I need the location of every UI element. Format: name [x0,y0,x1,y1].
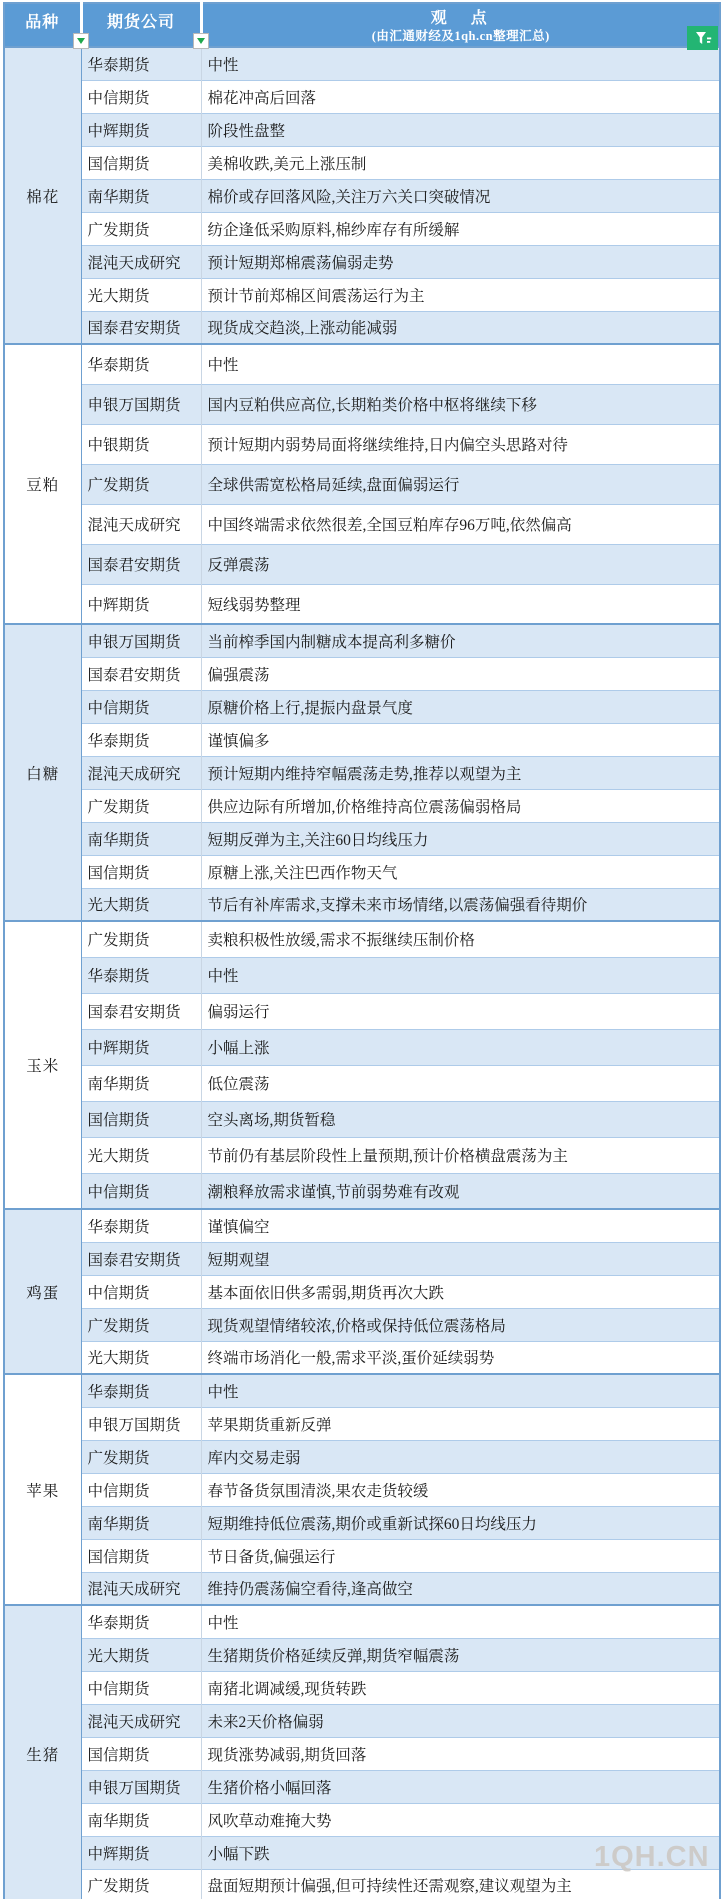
company-cell[interactable]: 华泰期货 [81,1209,201,1242]
viewpoint-cell[interactable]: 预计短期内维持窄幅震荡走势,推荐以观望为主 [201,756,720,789]
company-cell[interactable]: 中辉期货 [81,1836,201,1869]
table-row: 申银万国期货生猪价格小幅回落 [4,1770,720,1803]
table-body: 棉花华泰期货中性中信期货棉花冲高后回落中辉期货阶段性盘整国信期货美棉收跌,美元上… [4,47,720,1899]
table-row: 混沌天成研究预计短期郑棉震荡偏弱走势 [4,245,720,278]
table-row: 光大期货预计节前郑棉区间震荡运行为主 [4,278,720,311]
table-row: 中辉期货短线弱势整理 [4,584,720,624]
viewpoint-cell[interactable]: 节前仍有基层阶段性上量预期,预计价格横盘震荡为主 [201,1137,720,1173]
company-cell[interactable]: 广发期货 [81,789,201,822]
header-company-label: 期货公司 [107,9,175,42]
viewpoint-cell[interactable]: 节后有补库需求,支撑未来市场情绪,以震荡偏强看待期价 [201,888,720,921]
table-row: 国泰君安期货短期观望 [4,1242,720,1275]
company-cell[interactable]: 国信期货 [81,1539,201,1572]
viewpoint-cell[interactable]: 终端市场消化一般,需求平淡,蛋价延续弱势 [201,1341,720,1374]
table-row: 广发期货供应边际有所增加,价格维持高位震荡偏弱格局 [4,789,720,822]
viewpoint-cell[interactable]: 棉花冲高后回落 [201,80,720,113]
company-cell[interactable]: 广发期货 [81,1308,201,1341]
table-row: 国泰君安期货反弹震荡 [4,544,720,584]
header-variety-label: 品种 [25,9,59,42]
company-cell[interactable]: 华泰期货 [81,344,201,384]
viewpoint-cell[interactable]: 春节备货氛围清淡,果农走货较缓 [201,1473,720,1506]
filter-funnel-icon [694,31,712,46]
company-cell[interactable]: 国信期货 [81,1101,201,1137]
viewpoint-cell[interactable]: 纺企逢低采购原料,棉纱库存有所缓解 [201,212,720,245]
viewpoint-cell[interactable]: 阶段性盘整 [201,113,720,146]
variety-cell[interactable]: 生猪 [4,1605,81,1899]
company-cell[interactable]: 南华期货 [81,822,201,855]
viewpoint-cell[interactable]: 反弹震荡 [201,544,720,584]
table-row: 苹果华泰期货中性 [4,1374,720,1407]
company-cell[interactable]: 中信期货 [81,80,201,113]
viewpoint-cell[interactable]: 潮粮释放需求谨慎,节前弱势难有改观 [201,1173,720,1209]
variety-filter-button[interactable] [73,33,89,49]
table-row: 光大期货生猪期货价格延续反弹,期货窄幅震荡 [4,1638,720,1671]
company-cell[interactable]: 国泰君安期货 [81,1242,201,1275]
variety-cell[interactable]: 棉花 [4,47,81,344]
company-cell[interactable]: 南华期货 [81,179,201,212]
viewpoint-cell[interactable]: 维持仍震荡偏空看待,逢高做空 [201,1572,720,1605]
table-row: 国信期货节日备货,偏强运行 [4,1539,720,1572]
viewpoint-cell[interactable]: 短期维持低位震荡,期价或重新试探60日均线压力 [201,1506,720,1539]
variety-cell[interactable]: 豆粕 [4,344,81,624]
viewpoint-cell[interactable]: 小幅上涨 [201,1029,720,1065]
company-cell[interactable]: 光大期货 [81,1341,201,1374]
company-cell[interactable]: 广发期货 [81,1869,201,1899]
filter-dropdown-icon [197,38,205,44]
viewpoint-cell[interactable]: 预计节前郑棉区间震荡运行为主 [201,278,720,311]
company-cell[interactable]: 中信期货 [81,1173,201,1209]
variety-cell[interactable]: 玉米 [4,921,81,1209]
variety-cell[interactable]: 白糖 [4,624,81,921]
company-cell[interactable]: 国信期货 [81,146,201,179]
viewpoint-cell[interactable]: 苹果期货重新反弹 [201,1407,720,1440]
company-cell[interactable]: 华泰期货 [81,723,201,756]
variety-cell[interactable]: 鸡蛋 [4,1209,81,1374]
company-cell[interactable]: 华泰期货 [81,1374,201,1407]
viewpoint-cell[interactable]: 全球供需宽松格局延续,盘面偏弱运行 [201,464,720,504]
table-row: 中信期货潮粮释放需求谨慎,节前弱势难有改观 [4,1173,720,1209]
table-row: 光大期货节后有补库需求,支撑未来市场情绪,以震荡偏强看待期价 [4,888,720,921]
company-cell[interactable]: 南华期货 [81,1506,201,1539]
viewpoint-cell[interactable]: 中性 [201,344,720,384]
table-row: 国信期货美棉收跌,美元上涨压制 [4,146,720,179]
viewpoint-cell[interactable]: 国内豆粕供应高位,长期粕类价格中枢将继续下移 [201,384,720,424]
table-row: 中银期货预计短期内弱势局面将继续维持,日内偏空头思路对待 [4,424,720,464]
company-cell[interactable]: 华泰期货 [81,47,201,80]
viewpoint-cell[interactable]: 现货观望情绪较浓,价格或保持低位震荡格局 [201,1308,720,1341]
viewpoint-cell[interactable]: 未来2天价格偏弱 [201,1704,720,1737]
company-cell[interactable]: 广发期货 [81,212,201,245]
table-row: 广发期货现货观望情绪较浓,价格或保持低位震荡格局 [4,1308,720,1341]
viewpoint-cell[interactable]: 谨慎偏空 [201,1209,720,1242]
table-row: 棉花华泰期货中性 [4,47,720,80]
company-cell[interactable]: 光大期货 [81,278,201,311]
company-cell[interactable]: 国泰君安期货 [81,544,201,584]
header-viewpoint-subtitle: (由汇通财经及1qh.cn整理汇总) [203,29,720,44]
company-cell[interactable]: 混沌天成研究 [81,1572,201,1605]
header-variety: 品种 [4,3,81,47]
company-filter-button[interactable] [193,33,209,49]
viewpoint-cell[interactable]: 现货成交趋淡,上涨动能减弱 [201,311,720,344]
table-row: 混沌天成研究预计短期内维持窄幅震荡走势,推荐以观望为主 [4,756,720,789]
table-row: 国泰君安期货偏强震荡 [4,657,720,690]
company-cell[interactable]: 华泰期货 [81,957,201,993]
table-row: 国信期货原糖上涨,关注巴西作物天气 [4,855,720,888]
company-cell[interactable]: 混沌天成研究 [81,1704,201,1737]
company-cell[interactable]: 广发期货 [81,464,201,504]
company-cell[interactable]: 中信期货 [81,690,201,723]
viewpoint-cell[interactable]: 短期反弹为主,关注60日均线压力 [201,822,720,855]
company-cell[interactable]: 申银万国期货 [81,1407,201,1440]
viewpoint-cell[interactable]: 库内交易走弱 [201,1440,720,1473]
variety-cell[interactable]: 苹果 [4,1374,81,1605]
viewpoint-cell[interactable]: 预计短期郑棉震荡偏弱走势 [201,245,720,278]
company-cell[interactable]: 混沌天成研究 [81,504,201,544]
viewpoint-cell[interactable]: 预计短期内弱势局面将继续维持,日内偏空头思路对待 [201,424,720,464]
company-cell[interactable]: 华泰期货 [81,1605,201,1638]
company-cell[interactable]: 国泰君安期货 [81,993,201,1029]
viewpoint-cell[interactable]: 现货涨势减弱,期货回落 [201,1737,720,1770]
table-row: 光大期货节前仍有基层阶段性上量预期,预计价格横盘震荡为主 [4,1137,720,1173]
table-row: 玉米广发期货卖粮积极性放缓,需求不振继续压制价格 [4,921,720,957]
viewpoint-cell[interactable]: 基本面依旧供多需弱,期货再次大跌 [201,1275,720,1308]
viewpoint-cell[interactable]: 小幅下跌 [201,1836,720,1869]
company-cell[interactable]: 光大期货 [81,1638,201,1671]
viewpoint-cell[interactable]: 空头离场,期货暂稳 [201,1101,720,1137]
viewpoint-cell[interactable]: 短线弱势整理 [201,584,720,624]
viewpoint-cell[interactable]: 生猪价格小幅回落 [201,1770,720,1803]
viewpoint-cell[interactable]: 短期观望 [201,1242,720,1275]
viewpoint-cell[interactable]: 当前榨季国内制糖成本提高利多糖价 [201,624,720,657]
table-row: 华泰期货谨慎偏多 [4,723,720,756]
company-cell[interactable]: 广发期货 [81,1440,201,1473]
table-row: 中辉期货阶段性盘整 [4,113,720,146]
viewpoint-cell[interactable]: 原糖上涨,关注巴西作物天气 [201,855,720,888]
company-cell[interactable]: 国泰君安期货 [81,657,201,690]
company-cell[interactable]: 南华期货 [81,1803,201,1836]
table-row: 南华期货风吹草动难掩大势 [4,1803,720,1836]
header-viewpoint-title: 观 点 [203,9,720,29]
company-cell[interactable]: 光大期货 [81,888,201,921]
table-row: 中信期货南猪北调减缓,现货转跌 [4,1671,720,1704]
table-row: 中信期货春节备货氛围清淡,果农走货较缓 [4,1473,720,1506]
table-row: 生猪华泰期货中性 [4,1605,720,1638]
company-cell[interactable]: 中辉期货 [81,584,201,624]
viewpoint-cell[interactable]: 低位震荡 [201,1065,720,1101]
company-cell[interactable]: 申银万国期货 [81,1770,201,1803]
viewpoint-cell[interactable]: 美棉收跌,美元上涨压制 [201,146,720,179]
viewpoint-cell[interactable]: 卖粮积极性放缓,需求不振继续压制价格 [201,921,720,957]
company-cell[interactable]: 国信期货 [81,1737,201,1770]
table-row: 混沌天成研究中国终端需求依然很差,全国豆粕库存96万吨,依然偏高 [4,504,720,544]
table-row: 华泰期货中性 [4,957,720,993]
viewpoint-cell[interactable]: 中性 [201,1374,720,1407]
table-row: 国泰君安期货现货成交趋淡,上涨动能减弱 [4,311,720,344]
filter-funnel-button[interactable] [687,26,718,50]
company-cell[interactable]: 中信期货 [81,1671,201,1704]
company-cell[interactable]: 混沌天成研究 [81,756,201,789]
table-row: 国信期货现货涨势减弱,期货回落 [4,1737,720,1770]
viewpoint-cell[interactable]: 南猪北调减缓,现货转跌 [201,1671,720,1704]
viewpoint-cell[interactable]: 中性 [201,1605,720,1638]
viewpoint-cell[interactable]: 中性 [201,957,720,993]
company-cell[interactable]: 中信期货 [81,1473,201,1506]
viewpoint-cell[interactable]: 中性 [201,47,720,80]
viewpoint-cell[interactable]: 棉价或存回落风险,关注万六关口突破情况 [201,179,720,212]
company-cell[interactable]: 南华期货 [81,1065,201,1101]
table-row: 豆粕华泰期货中性 [4,344,720,384]
table-row: 广发期货全球供需宽松格局延续,盘面偏弱运行 [4,464,720,504]
company-cell[interactable]: 混沌天成研究 [81,245,201,278]
viewpoint-cell[interactable]: 生猪期货价格延续反弹,期货窄幅震荡 [201,1638,720,1671]
header-viewpoint: 观 点 (由汇通财经及1qh.cn整理汇总) [201,3,720,47]
table-row: 申银万国期货苹果期货重新反弹 [4,1407,720,1440]
table-row: 国泰君安期货偏弱运行 [4,993,720,1029]
viewpoint-cell[interactable]: 谨慎偏多 [201,723,720,756]
table-row: 广发期货盘面短期预计偏强,但可持续性还需观察,建议观望为主 [4,1869,720,1899]
company-cell[interactable]: 国泰君安期货 [81,311,201,344]
company-cell[interactable]: 国信期货 [81,855,201,888]
header-company: 期货公司 [81,3,201,47]
opinions-table: 品种 期货公司 观 点 (由汇通财经及1qh.cn整理汇总) [3,2,721,1899]
table-row: 申银万国期货国内豆粕供应高位,长期粕类价格中枢将继续下移 [4,384,720,424]
company-cell[interactable]: 中银期货 [81,424,201,464]
company-cell[interactable]: 申银万国期货 [81,624,201,657]
table-row: 中辉期货小幅上涨 [4,1029,720,1065]
company-cell[interactable]: 中辉期货 [81,1029,201,1065]
viewpoint-cell[interactable]: 偏弱运行 [201,993,720,1029]
table-row: 南华期货棉价或存回落风险,关注万六关口突破情况 [4,179,720,212]
table-row: 白糖申银万国期货当前榨季国内制糖成本提高利多糖价 [4,624,720,657]
table-row: 中信期货基本面依旧供多需弱,期货再次大跌 [4,1275,720,1308]
company-cell[interactable]: 光大期货 [81,1137,201,1173]
table-row: 中辉期货小幅下跌 [4,1836,720,1869]
table-row: 混沌天成研究维持仍震荡偏空看待,逢高做空 [4,1572,720,1605]
viewpoint-cell[interactable]: 供应边际有所增加,价格维持高位震荡偏弱格局 [201,789,720,822]
header-row: 品种 期货公司 观 点 (由汇通财经及1qh.cn整理汇总) [4,3,720,47]
viewpoint-cell[interactable]: 盘面短期预计偏强,但可持续性还需观察,建议观望为主 [201,1869,720,1899]
viewpoint-cell[interactable]: 节日备货,偏强运行 [201,1539,720,1572]
company-cell[interactable]: 中信期货 [81,1275,201,1308]
filter-dropdown-icon [77,38,85,44]
viewpoint-cell[interactable]: 风吹草动难掩大势 [201,1803,720,1836]
spreadsheet: 品种 期货公司 观 点 (由汇通财经及1qh.cn整理汇总) [0,0,721,1899]
table-row: 广发期货纺企逢低采购原料,棉纱库存有所缓解 [4,212,720,245]
table-row: 中信期货原糖价格上行,提振内盘景气度 [4,690,720,723]
company-cell[interactable]: 中辉期货 [81,113,201,146]
table-row: 南华期货短期反弹为主,关注60日均线压力 [4,822,720,855]
table-row: 广发期货库内交易走弱 [4,1440,720,1473]
table-row: 混沌天成研究未来2天价格偏弱 [4,1704,720,1737]
viewpoint-cell[interactable]: 偏强震荡 [201,657,720,690]
viewpoint-cell[interactable]: 原糖价格上行,提振内盘景气度 [201,690,720,723]
viewpoint-cell[interactable]: 中国终端需求依然很差,全国豆粕库存96万吨,依然偏高 [201,504,720,544]
table-row: 南华期货低位震荡 [4,1065,720,1101]
company-cell[interactable]: 广发期货 [81,921,201,957]
table-row: 光大期货终端市场消化一般,需求平淡,蛋价延续弱势 [4,1341,720,1374]
company-cell[interactable]: 申银万国期货 [81,384,201,424]
table-row: 国信期货空头离场,期货暂稳 [4,1101,720,1137]
table-row: 南华期货短期维持低位震荡,期价或重新试探60日均线压力 [4,1506,720,1539]
table-row: 中信期货棉花冲高后回落 [4,80,720,113]
table-row: 鸡蛋华泰期货谨慎偏空 [4,1209,720,1242]
